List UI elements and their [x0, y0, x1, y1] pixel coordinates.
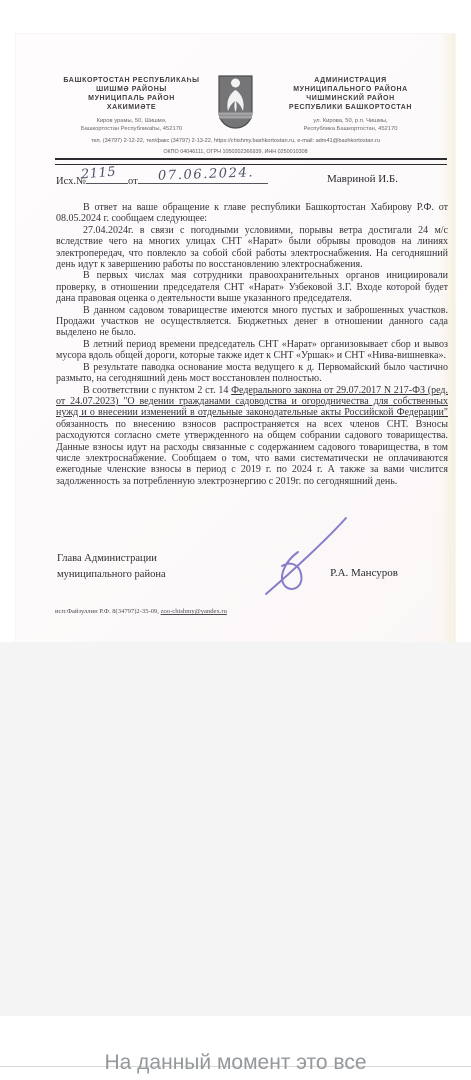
letter-paragraph: В ответ на ваше обращение к главе респуб…: [56, 202, 448, 225]
letter-paragraph: В данном садовом товариществе имеются мн…: [56, 305, 448, 339]
letter-paragraph: В первых числах мая сотрудники правоохра…: [56, 270, 448, 304]
caption-text: На данный момент это все: [0, 1048, 471, 1078]
scanned-letter-page: БАШКОРТОСТАН РЕСПУБЛИКАҺЫ ШИШМӘ РАЙОНЫ М…: [16, 34, 455, 642]
letterhead-contacts: тел. (34797) 2-12-22, тел/факс (34797) 2…: [36, 138, 435, 145]
addressee-name: Мавриной И.Б.: [327, 173, 398, 185]
letterhead-left-line: ШИШМӘ РАЙОНЫ: [44, 85, 219, 94]
handwritten-outgoing-number: 2115: [80, 164, 116, 182]
letterhead-left-line: ХАКИМИӘТЕ: [44, 103, 219, 112]
letterhead-left-block: БАШКОРТОСТАН РЕСПУБЛИКАҺЫ ШИШМӘ РАЙОНЫ М…: [44, 76, 219, 133]
letter-paragraph: В результате паводка основание моста вед…: [56, 362, 448, 385]
signer-role: Глава Администрации муниципального район…: [57, 551, 166, 583]
signer-name: Р.А. Мансуров: [330, 567, 398, 579]
letterhead-left-address: Башкортостан Республикаһы, 452170: [44, 126, 219, 134]
bottom-caption-block: На данный момент это все: [0, 1048, 471, 1080]
date-from-label: от: [128, 176, 138, 187]
letter-body: В ответ на ваше обращение к главе респуб…: [56, 202, 448, 487]
letterhead-right-line: АДМИНИСТРАЦИЯ: [258, 76, 443, 85]
letter-paragraph: В летний период времени председатель СНТ…: [56, 339, 448, 362]
signer-role-line: Глава Администрации: [57, 551, 166, 567]
letterhead-registration-numbers: ОКПО 04046111, ОГРН 1050202366939, ИНН 0…: [36, 149, 435, 155]
handwritten-signature-icon: [252, 512, 352, 602]
executor-email: zoo-chishmy@yandex.ru: [161, 608, 227, 615]
coat-of-arms-swan-shield-icon: [217, 74, 254, 130]
executor-footnote: исп:Файзуллин Р.Ф. 8(34797)2-35-09, zoo-…: [55, 608, 227, 615]
letterhead-right-line: МУНИЦИПАЛЬНОГО РАЙОНА: [258, 85, 443, 94]
letter-paragraph: 27.04.2024г. в связи с погодными условия…: [56, 225, 448, 271]
letterhead-right-line: РЕСПУБЛИКИ БАШКОРТОСТАН: [258, 103, 443, 112]
signer-role-line: муниципального района: [57, 567, 166, 583]
letter-paragraph: В соответствии с пунктом 2 ст. 14 Федера…: [56, 385, 448, 488]
letterhead-right-address: Республика Башкортостан, 452170: [258, 126, 443, 134]
letterhead-right-line: ЧИШМИНСКИЙ РАЙОН: [258, 94, 443, 103]
executor-text: исп:Файзуллин Р.Ф. 8(34797)2-35-09,: [55, 608, 161, 615]
letterhead-left-line: МУНИЦИПАЛЬ РАЙОН: [44, 94, 219, 103]
letterhead-right-address: ул. Кирова, 50, р.п. Чишмы,: [258, 118, 443, 126]
background-gray-panel: [0, 642, 471, 1016]
reference-row: Исх.№от 2115 07.06.2024. Мавриной И.Б.: [56, 172, 448, 192]
letterhead-right-block: АДМИНИСТРАЦИЯ МУНИЦИПАЛЬНОГО РАЙОНА ЧИШМ…: [258, 76, 443, 133]
letterhead-left-line: БАШКОРТОСТАН РЕСПУБЛИКАҺЫ: [44, 76, 219, 85]
letterhead-left-address: Киров урамы, 50, Шишмә,: [44, 118, 219, 126]
